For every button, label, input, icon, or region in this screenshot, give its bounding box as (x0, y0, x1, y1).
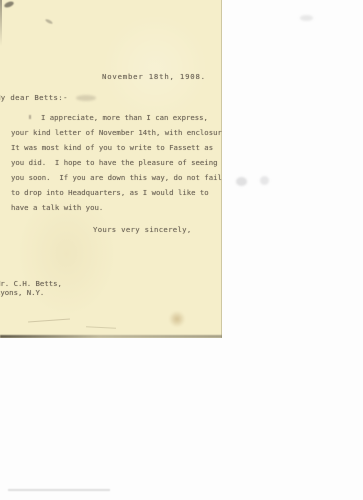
paper-stain (166, 308, 188, 330)
background-paper-edge (8, 489, 110, 491)
salutation: My dear Betts:- (0, 93, 68, 102)
paper-bottom-edge-shadow (0, 335, 222, 338)
background-smudge (236, 177, 247, 186)
paper-left-edge-shadow (0, 0, 2, 46)
paper-fiber (86, 326, 116, 329)
body-line: to drop into Headquarters, as I would li… (11, 188, 209, 197)
date-line: November 18th, 1908. (102, 72, 206, 81)
body-line: you did. I hope to have the pleasure of … (11, 158, 217, 167)
paper-fiber (28, 319, 70, 323)
body-line: It was most kind of you to write to Fass… (11, 143, 213, 152)
body-line: you soon. If you are down this way, do n… (11, 173, 222, 182)
background-smudge (260, 176, 269, 185)
pencil-speck (45, 18, 53, 24)
stray-type-mark (29, 115, 31, 119)
ink-smudge-corner (3, 0, 14, 8)
address-line: Mr. C.H. Betts, (0, 279, 62, 288)
closing-line: Yours very sincerely, (93, 225, 192, 234)
body-line: I appreciate, more than I can express, (41, 113, 208, 122)
faded-smudge (76, 95, 96, 101)
body-line: have a talk with you. (11, 203, 103, 212)
background-smudge (300, 15, 313, 21)
address-line: Lyons, N.Y. (0, 288, 44, 297)
letter-paper: November 18th, 1908. My dear Betts:- I a… (0, 0, 222, 338)
paper-right-edge (221, 0, 222, 338)
scanned-letter-photo: November 18th, 1908. My dear Betts:- I a… (0, 0, 363, 500)
body-line: your kind letter of November 14th, with … (11, 128, 222, 137)
